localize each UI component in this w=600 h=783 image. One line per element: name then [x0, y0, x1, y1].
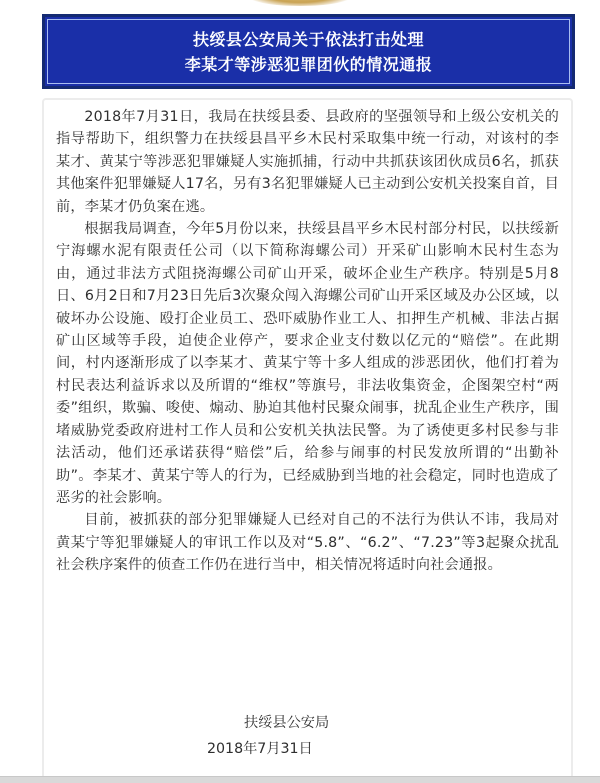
title-line-1: 扶绥县公安局关于依法打击处理 [193, 27, 424, 52]
title-banner: 扶绥县公安局关于依法打击处理 李某才等涉恶犯罪团伙的情况通报 [42, 14, 575, 89]
paragraph-investigation-findings: 根据我局调查，今年5月份以来，扶绥县昌平乡木民村部分村民，以扶绥新宁海螺水泥有限… [56, 218, 559, 509]
paragraph-current-status: 目前，被抓获的部分犯罪嫌疑人已经对自己的不法行为供认不讳，我局对黄某宁等犯罪嫌疑… [56, 509, 559, 576]
signature-organization: 扶绥县公安局 [244, 712, 600, 732]
title-banner-inner: 扶绥县公安局关于依法打击处理 李某才等涉恶犯罪团伙的情况通报 [47, 19, 570, 84]
notice-body: 2018年7月31日，我局在扶绥县委、县政府的坚强领导和上级公安机关的指导帮助下… [42, 98, 573, 778]
paragraph-arrest-summary: 2018年7月31日，我局在扶绥县委、县政府的坚强领导和上级公安机关的指导帮助下… [56, 106, 559, 218]
police-emblem-icon [248, 0, 352, 6]
bottom-divider [0, 776, 600, 783]
signature-date: 2018年7月31日 [207, 738, 600, 758]
title-line-2: 李某才等涉恶犯罪团伙的情况通报 [185, 52, 433, 77]
